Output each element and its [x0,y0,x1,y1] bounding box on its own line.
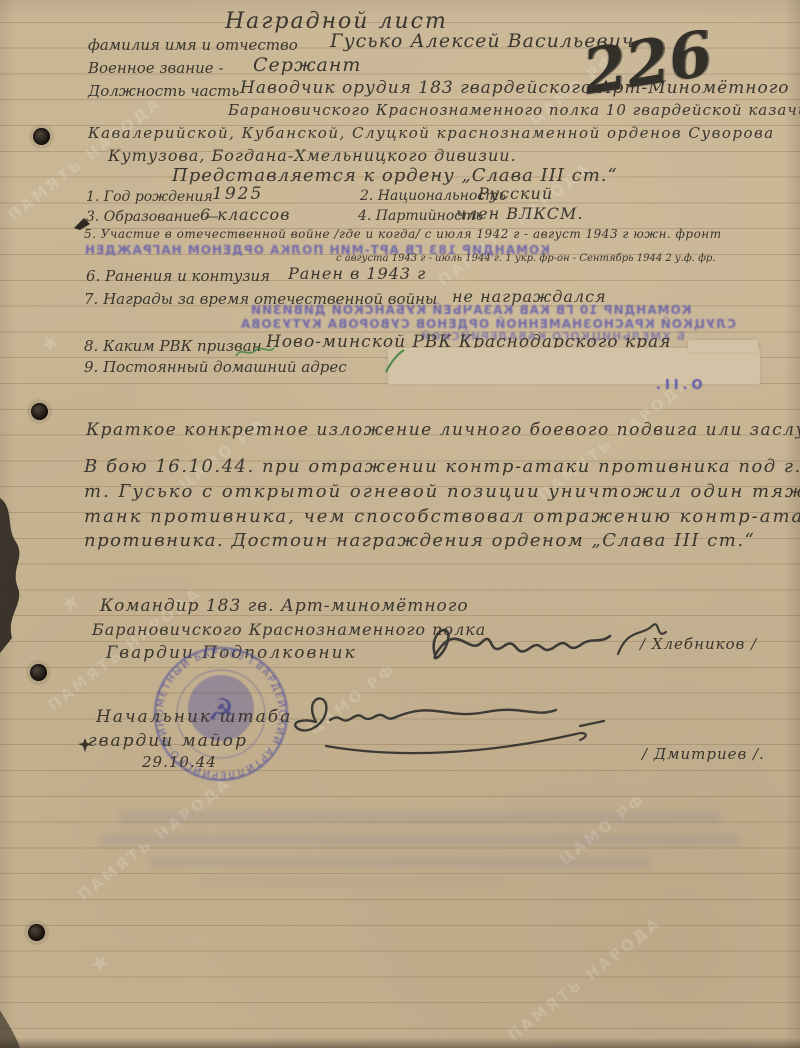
war-participation: 5. Участие в отечественной войне /где и … [84,228,722,241]
punch-hole [28,924,45,941]
commander-name: / Хлебников / [640,636,757,653]
stamp-offset-line: СЛУЦКОЙ КРАСНОЗНАМЕННОЙ ОРДЕНОВ СУВОРОВА… [240,317,736,331]
rank-value: Сержант [253,55,361,76]
address-label: 9. Постоянный домашний адрес [84,359,347,376]
green-scribble-mark [232,342,278,364]
punch-hole [33,128,50,145]
date-written: 29.10.44 [142,754,217,771]
citation-heading: Краткое конкретное изложение личного бое… [86,421,800,440]
stamp-fragment: .II.О [656,378,707,393]
bleed-through [150,857,650,867]
position-line3: Кавалерийской, Кубанской, Слуцкой красно… [88,125,775,142]
punch-hole [30,664,47,681]
chief-title-line1: Начальник штаба [96,708,292,727]
star-watermark-icon: ★ [55,586,88,620]
education-value: 6 классов [200,206,290,224]
name-label: фамилия имя и отчество [88,37,298,54]
birth-label: 1. Год рождения [86,190,213,205]
corner-shadow [0,1004,22,1048]
nationality-value: Русский [478,185,553,203]
redaction-box [688,340,758,352]
chief-signature [282,688,612,763]
position-line4: Кутузова, Богдана-Хмельницкого дивизии. [108,147,517,165]
citation-line: противника. Достоин награждения орденом … [84,531,755,551]
education-label: 3. Образование — [86,210,219,225]
citation-line: танк противника, чем способствовал отраж… [84,507,800,527]
star-watermark-icon: ★ [85,946,118,980]
ink-blot [78,738,92,752]
commander-signature [418,612,668,672]
submission-line: Представляется к ордену „Слава III ст.“ [172,166,618,186]
position-line2: Барановичского Краснознаменного полка 10… [228,102,800,119]
ink-blot [72,216,92,232]
citation-line: В бою 16.10.44. при отражении контр-атак… [84,457,800,477]
wounds-label: 6. Ранения и контузия [86,268,270,285]
green-check-mark [380,348,420,378]
stamp-offset-line: КОМАНДИР 10 ГВ КАВ КАЗАЧЬЕЙ КУБАНСКОЙ ДИ… [250,303,692,317]
party-value: член ВЛКСМ. [456,205,583,223]
position-label: Должность часть [88,83,239,100]
ink-stain [0,498,36,658]
bleed-through [120,812,720,823]
rank-label: Военное звание - [88,60,223,77]
citation-line: т. Гусько с открытой огневой позиции уни… [84,482,800,502]
wounds-value: Ранен в 1943 г [288,265,426,283]
bleed-through [100,834,740,846]
star-watermark-icon: ★ [35,326,68,360]
watermark: ПАМЯТЬ НАРОДА [505,914,665,1045]
punch-hole [31,403,48,420]
chief-name: / Дмитриев /. [642,746,765,763]
chief-title-line2: гвардии майор [88,732,248,751]
commander-title-line1: Командир 183 гв. Арт-миномётного [100,597,469,616]
war-participation-2: с августа 1943 г - июль 1944 г. 1 укр. ф… [336,253,715,264]
award-sheet-document: ПАМЯТЬ НАРОДА ЦАМО РФ ПАМЯТЬ НАРОДА ЦАМО… [0,0,800,1048]
bleed-through [200,878,500,886]
birth-value: 1925 [212,185,263,204]
